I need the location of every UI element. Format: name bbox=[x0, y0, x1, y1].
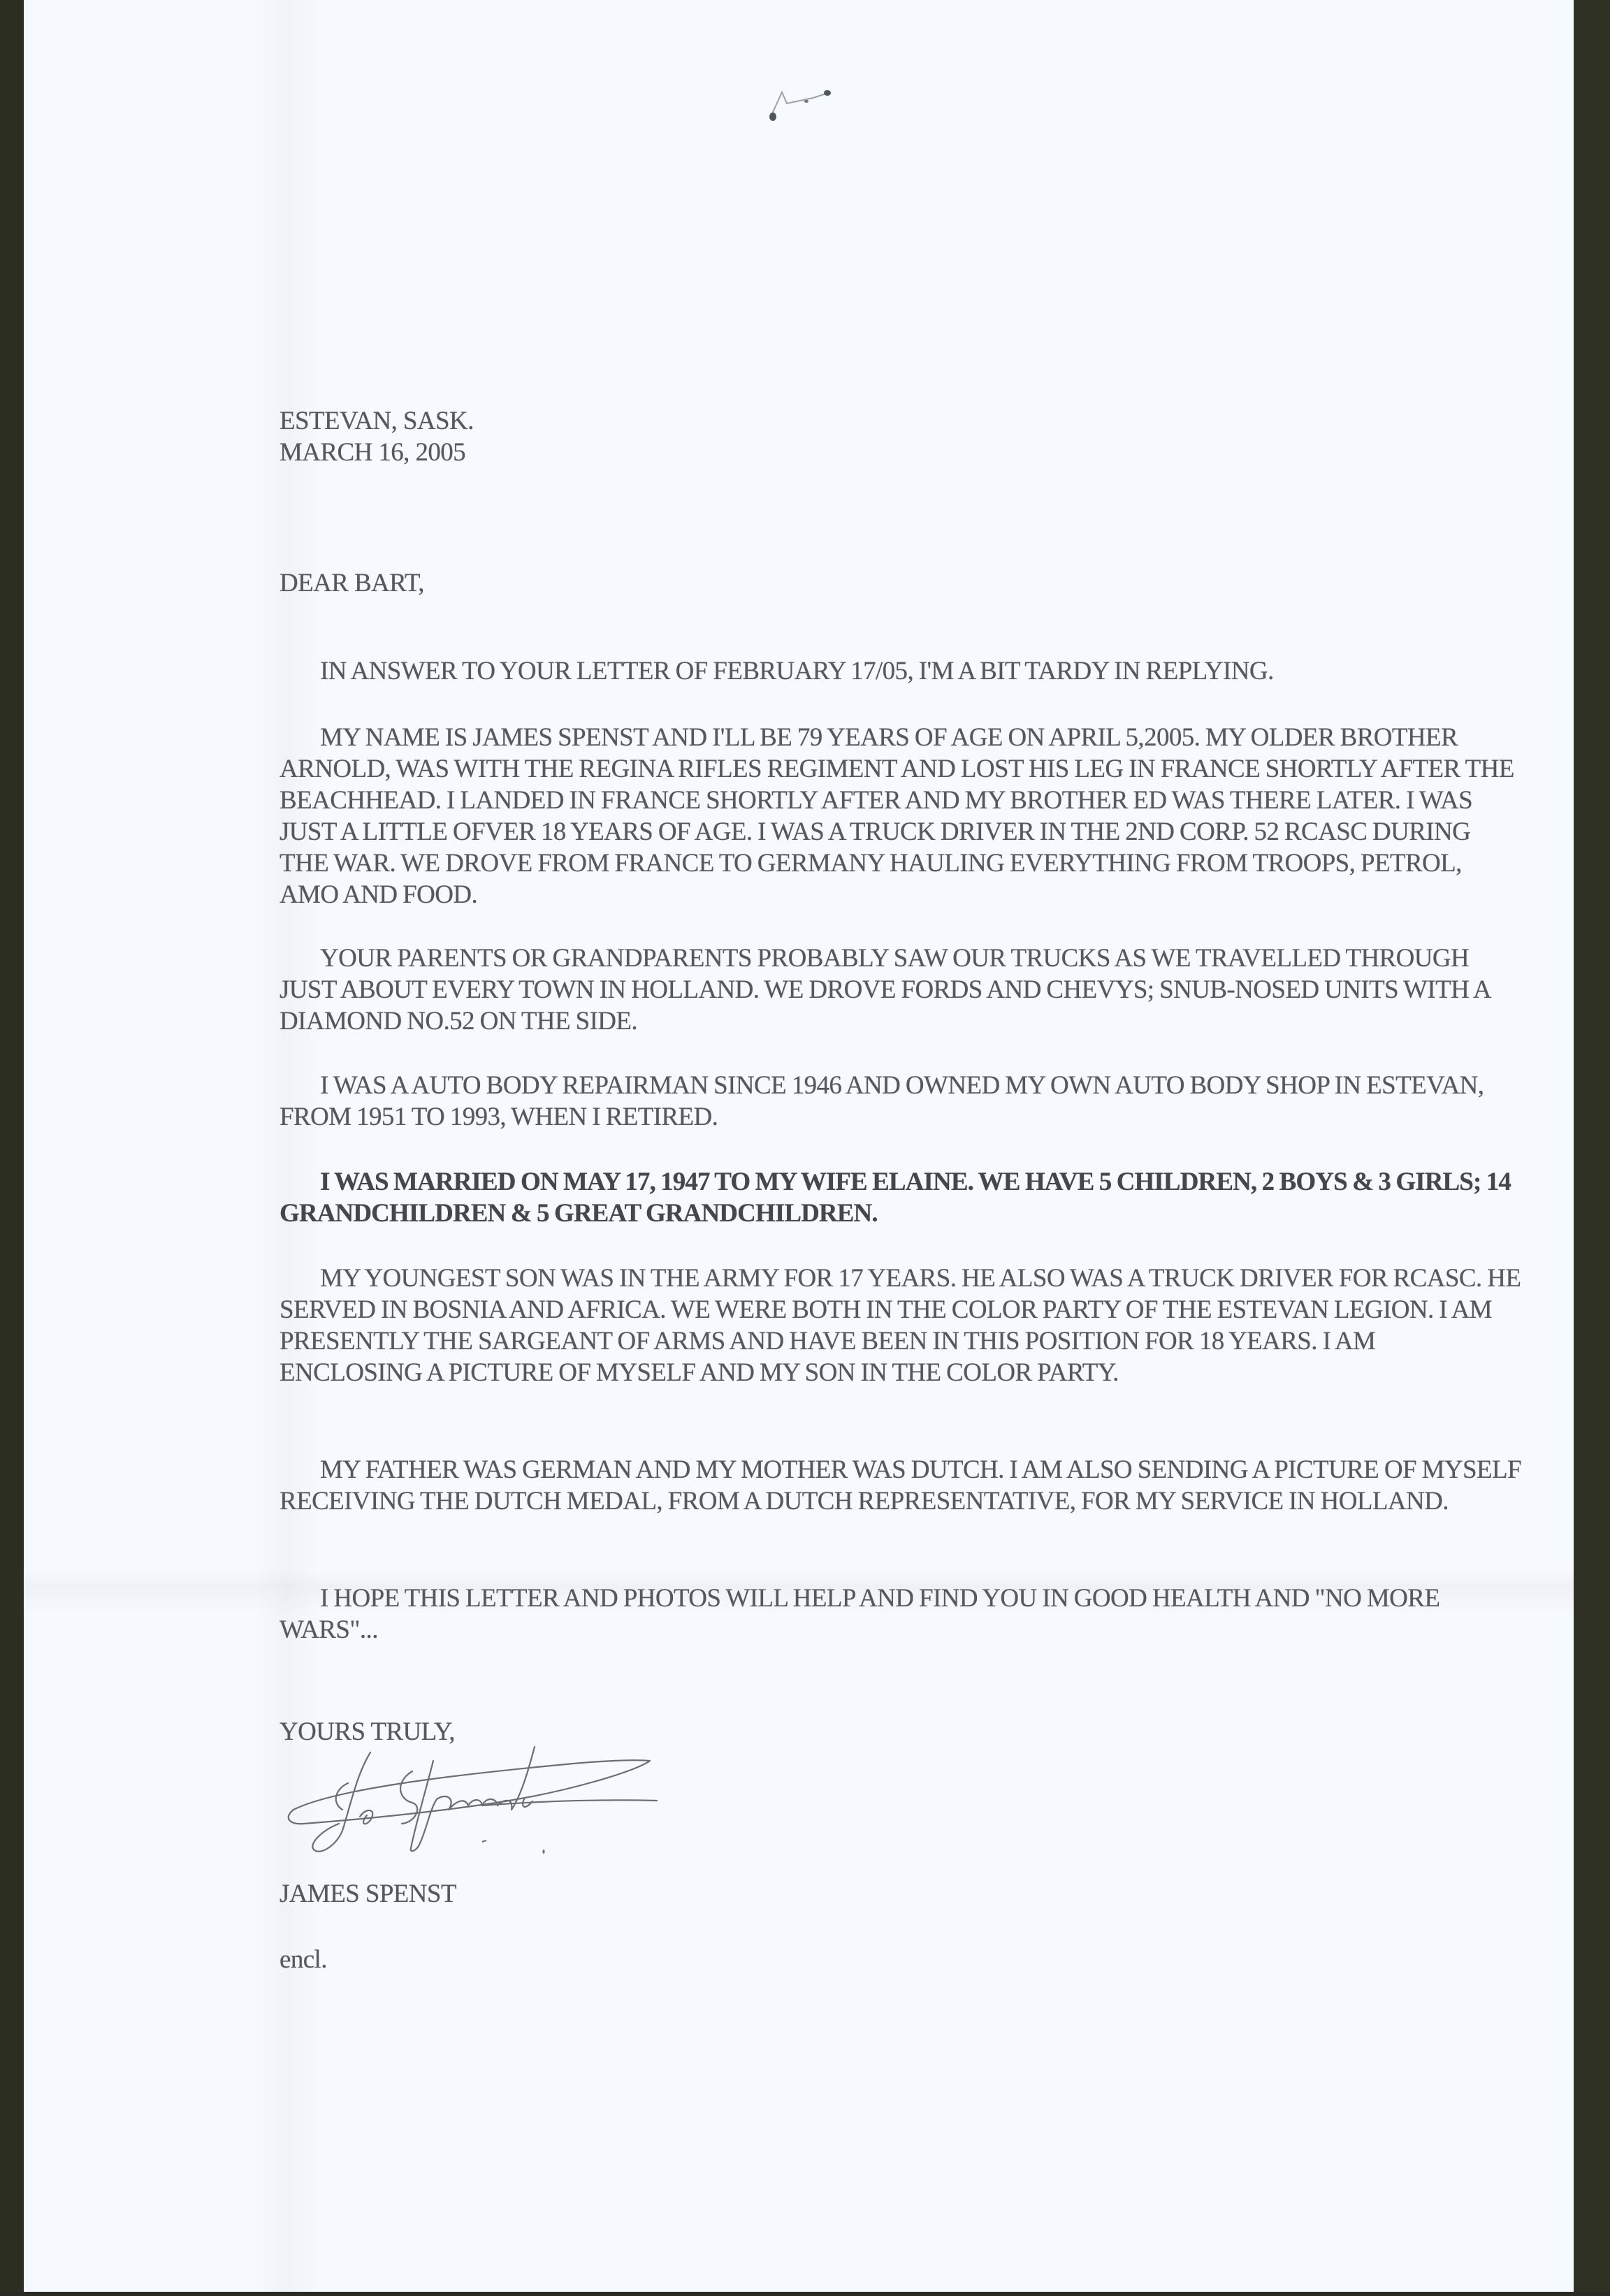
paragraph-reply: IN ANSWER TO YOUR LETTER OF FEBRUARY 17/… bbox=[280, 655, 1523, 687]
enclosure-note: encl. bbox=[280, 1944, 327, 1975]
scan-border-right bbox=[1572, 0, 1610, 2296]
paragraph-parents-medal: MY FATHER WAS GERMAN AND MY MOTHER WAS D… bbox=[280, 1454, 1523, 1517]
sender-location: ESTEVAN, SASK. bbox=[280, 405, 474, 437]
letter-heading: ESTEVAN, SASK. MARCH 16, 2005 bbox=[280, 405, 474, 468]
paragraph-introduction: MY NAME IS JAMES SPENST AND I'LL BE 79 Y… bbox=[280, 722, 1523, 910]
paragraph-family: I WAS MARRIED ON MAY 17, 1947 TO MY WIFE… bbox=[280, 1166, 1523, 1229]
paragraph-holland-trucks: YOUR PARENTS OR GRANDPARENTS PROBABLY SA… bbox=[280, 943, 1523, 1037]
letter-page: ESTEVAN, SASK. MARCH 16, 2005 DEAR BART,… bbox=[24, 0, 1574, 2292]
paragraph-closing-wish: I HOPE THIS LETTER AND PHOTOS WILL HELP … bbox=[280, 1583, 1523, 1645]
scan-border-left bbox=[0, 0, 24, 2296]
salutation: DEAR BART, bbox=[280, 567, 424, 599]
ink-smudge-icon bbox=[750, 77, 848, 126]
paragraph-son: MY YOUNGEST SON WAS IN THE ARMY FOR 17 Y… bbox=[280, 1263, 1523, 1388]
paragraph-auto-body: I WAS A AUTO BODY REPAIRMAN SINCE 1946 A… bbox=[280, 1070, 1523, 1133]
signature-icon bbox=[273, 1733, 720, 1866]
signer-name: JAMES SPENST bbox=[280, 1878, 456, 1910]
letter-date: MARCH 16, 2005 bbox=[280, 437, 474, 468]
scan-border-bottom bbox=[0, 2292, 1610, 2296]
